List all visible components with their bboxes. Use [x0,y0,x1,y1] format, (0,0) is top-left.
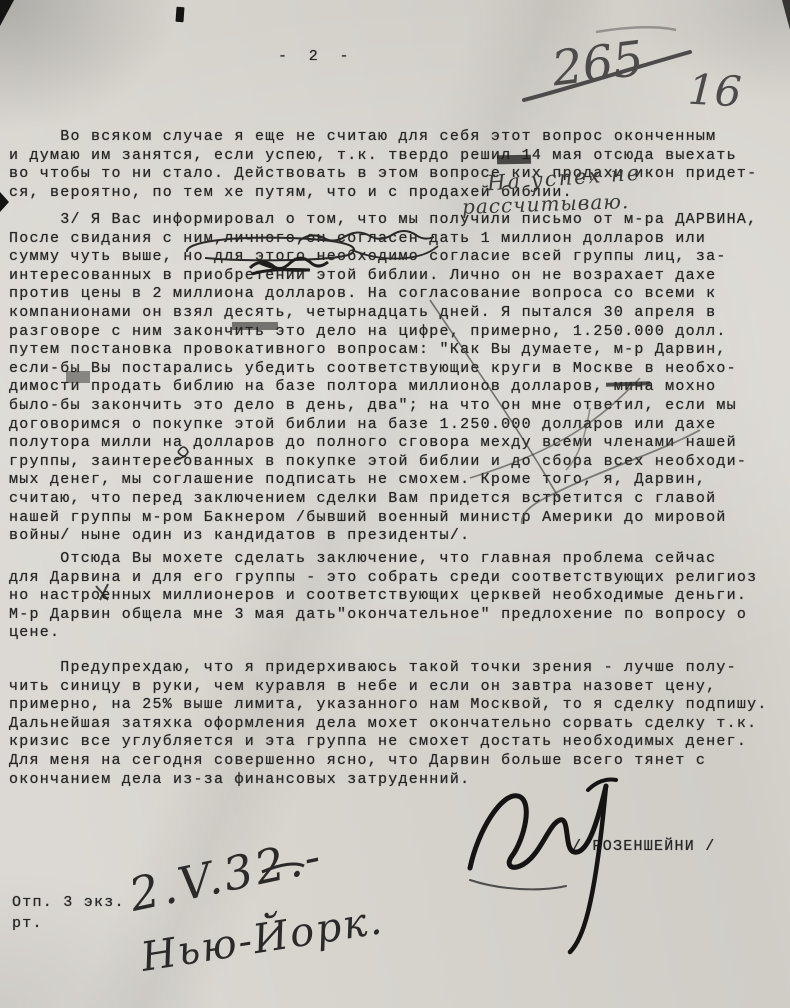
typed-line: группы, заинтересованных в покупке этой … [9,453,757,472]
typed-line: компанионами он взял десять, четырнадцат… [9,304,757,323]
typed-line: мых денег, мы соглашение подписать не см… [9,471,757,490]
typed-line: для Дарвина и для его группы - это собра… [9,569,757,588]
paragraph-1: Во всяком случае я еще не считаю для себ… [9,128,757,202]
typed-line: М-р Дарвин общела мне 3 мая дать"окончат… [9,606,757,625]
typed-line: цене. [9,624,757,643]
scan-corner-mark-right [782,0,790,30]
typed-line: и думаю им занятся, если успею, т.к. тве… [9,147,757,166]
typed-line: против цены в 2 миллиона долларов. На со… [9,285,757,304]
typed-line: было-бы закончить это дело в день, два";… [9,397,757,416]
typed-line: Отсюда Вы мохете сделать заключение, что… [9,550,757,569]
paragraph-3: Отсюда Вы мохете сделать заключение, что… [9,550,757,643]
typed-line: договоримся о покупке этой библии на баз… [9,416,757,435]
typed-line: чить синицу в руки, чем куравля в небе и… [9,678,768,697]
typed-line: полутора милли на долларов до полного сг… [9,434,757,453]
typed-line: считаю, что перед заключением сделки Вам… [9,490,757,509]
typed-line: путем постановка провокативного вопросам… [9,341,757,360]
typed-line: Во всяком случае я еще не считаю для себ… [9,128,757,147]
typed-line: кризис все углубляется и эта группа не с… [9,733,768,752]
typed-line: димости продать библию на базе полтора м… [9,378,757,397]
typed-line: если-бы Вы постарались убедить соответст… [9,360,757,379]
corner-page-number: 16 [687,65,743,117]
paragraph-2: 3/ Я Вас информировал о том, что мы полу… [9,211,757,546]
handwritten-date: 2.V.32.- [125,828,328,922]
typed-line: интересованных в приобретении этой библи… [9,267,757,286]
typist-initials: рт. [12,915,43,934]
typed-line: ся, вероятно, по тем хе путям, что и с п… [9,184,757,203]
page-number: - 2 - [278,48,350,67]
typed-line: сумму чуть выше, но для этого необходимо… [9,248,757,267]
typed-line: разговоре с ним закончить это дело на ци… [9,323,757,342]
crossed-out-number: 265 [549,31,647,98]
typed-line: 3/ Я Вас информировал о том, что мы полу… [9,211,757,230]
typed-line: но настроенных миллионеров и соответству… [9,587,757,606]
scan-corner-mark [0,0,14,26]
typed-line: окончанием дела из-за финансовых затруде… [9,771,768,790]
typed-line: Предупрехдаю, что я придерхиваюсь такой … [9,659,768,678]
typed-line: примерно, на 25% выше лимита, указанного… [9,696,768,715]
signature-name-label: / РОЗЕНШЕЙНИ / [572,838,716,857]
copies-note: Отп. 3 экз. [12,894,125,913]
stamp-fragment [175,7,184,23]
paragraph-4: Предупрехдаю, что я придерхиваюсь такой … [9,659,768,789]
typed-line: во чтобы то ни стало. Действовать в этом… [9,165,757,184]
typed-line: После свидания с ним,личного,он согласен… [9,230,757,249]
typed-line: Дальнейшая затяхка оформления дела мохет… [9,715,768,734]
typed-line: войны/ ныне один из кандидатов в президе… [9,527,757,546]
signature-ink [470,779,616,952]
typed-line: нашей группы м-ром Бакнером /бывший воен… [9,509,757,528]
scanned-letter-page: - 2 - 265 16 Во всяком случае я еще не с… [0,0,790,1008]
typed-line: Для меня на сегодня совершенно ясно, что… [9,752,768,771]
scan-edge-notch [0,192,9,212]
